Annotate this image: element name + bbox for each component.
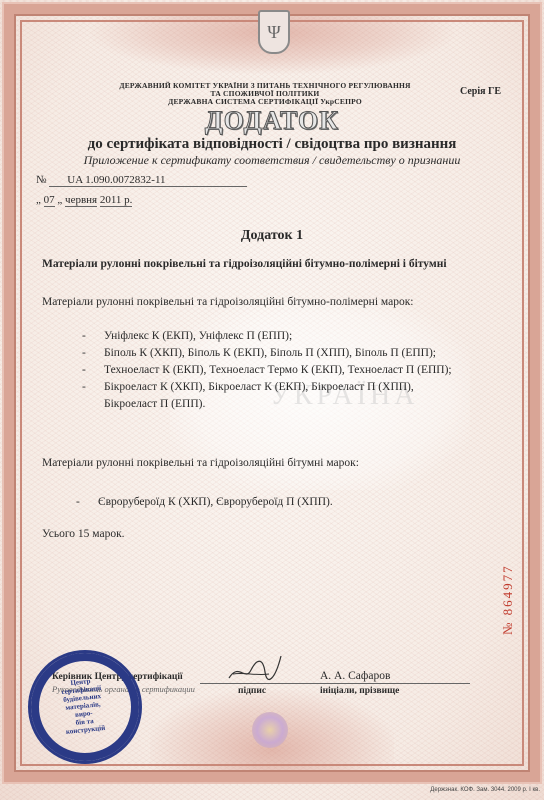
name-label: ініціали, прізвище [320,686,399,696]
signer-name: А. А. Сафаров [320,670,390,682]
series-label: Серія ГЕ [460,86,501,97]
section2-intro: Матеріали рулонні покрівельні та гідроіз… [42,457,359,469]
certificate-number: UA 1.090.0072832-11 [49,174,247,187]
stamp-text: Центр сертифікації будівельних матеріалі… [55,676,111,737]
section1-intro: Матеріали рулонні покрівельні та гідроіз… [42,296,414,308]
quote-open: „ [36,194,41,206]
certificate-number-row: № UA 1.090.0072832-11 [36,174,247,187]
date-year: 2011 р. [100,194,133,207]
trident-icon: Ψ [258,10,290,54]
hologram-seal [252,712,288,748]
quote-close: „ [57,194,62,206]
section2-list: Єврорубероїд К (ХКП), Єврорубероїд П (ХП… [76,496,333,508]
list-item: Уніфлекс К (ЕКП), Уніфлекс П (ЕПП); [82,328,464,345]
issuer-line: ДЕРЖАВНА СИСТЕМА СЕРТИФІКАЦІЇ УкрСЕПРО [100,98,430,106]
date-month: червня [65,194,97,207]
issuer-header: ДЕРЖАВНИЙ КОМІТЕТ УКРАЇНИ З ПИТАНЬ ТЕХНІ… [100,82,430,106]
document-subtitle: до сертифіката відповідності / свідоцтва… [0,136,544,153]
document-title: ДОДАТОК [0,106,544,136]
materials-heading: Матеріали рулонні покрівельні та гідроіз… [42,258,447,270]
section1-list: Уніфлекс К (ЕКП), Уніфлекс П (ЕПП); Біпо… [82,328,464,413]
total-count: Усього 15 марок. [42,528,125,540]
date-day: 07 [44,194,55,207]
list-item: Біполь К (ХКП), Біполь К (ЕКП), Біполь П… [82,345,464,362]
signature-scribble [225,652,285,686]
document-subtitle-ru: Приложение к сертификату соответствия / … [0,153,544,168]
certificate-page: УКРАЇНА Ψ ДЕРЖАВНИЙ КОМІТЕТ УКРАЇНИ З ПИ… [0,0,544,800]
signature-label: підпис [238,686,266,696]
number-label: № [36,174,47,186]
list-item: Єврорубероїд К (ХКП), Єврорубероїд П (ХП… [76,496,333,508]
serial-number: № 864977 [500,564,516,635]
list-item: Техноеласт К (ЕКП), Техноеласт Термо К (… [82,362,464,379]
certificate-date-row: „ 07 „ червня 2011 р. [36,194,132,207]
addendum-title: Додаток 1 [0,228,544,244]
printer-footer: Держзнак. КОФ. Зам. 3044. 2009 р. І кв. [430,787,540,793]
list-item: Бікроеласт К (ХКП), Бікроеласт К (ЕКП), … [82,379,464,413]
